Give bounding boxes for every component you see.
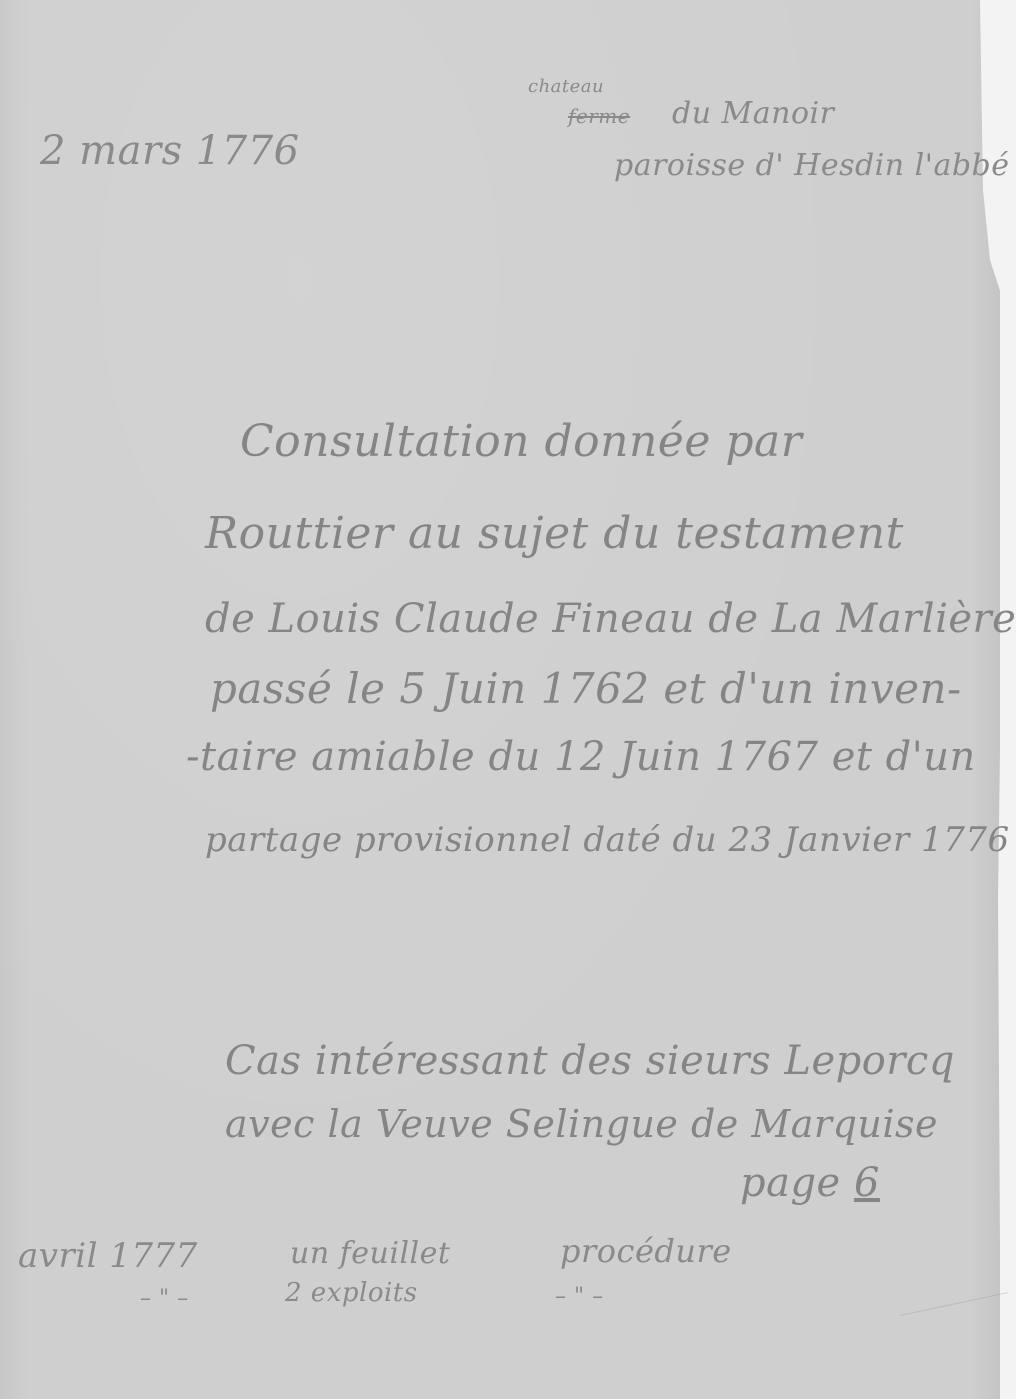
body-line-2: Routtier au sujet du testament: [205, 508, 904, 559]
header-correction: chateau: [528, 76, 604, 97]
body-line-4: passé le 5 Juin 1762 et d'un inven-: [210, 664, 962, 713]
header-location-line-1: du Manoir: [672, 96, 834, 131]
footer-item-1: un feuillet: [290, 1236, 450, 1271]
body-line-1: Consultation donnée par: [240, 416, 802, 467]
footer-item-3: procédure: [560, 1232, 732, 1270]
footer-item-3-ditto: – " –: [555, 1284, 604, 1309]
case-line-1: Cas intéressant des sieurs Leporcq: [225, 1038, 955, 1084]
case-page-reference: page 6: [740, 1160, 880, 1206]
case-line-2: avec la Veuve Selingue de Marquise: [225, 1102, 938, 1146]
body-line-5: -taire amiable du 12 Juin 1767 et d'un: [186, 734, 976, 780]
header-date: 2 mars 1776: [40, 128, 300, 174]
body-line-3: de Louis Claude Fineau de La Marlière: [205, 596, 1016, 642]
footer-date: avril 1777: [18, 1236, 198, 1276]
body-line-6: partage provisionnel daté du 23 Janvier …: [205, 820, 1010, 860]
header-struck-word: ferme: [568, 104, 630, 128]
footer-date-ditto: – " –: [140, 1286, 189, 1311]
footer-item-2: 2 exploits: [285, 1278, 418, 1308]
header-location-line-2: paroisse d' Hesdin l'abbé: [614, 148, 1010, 183]
scanned-page: 2 mars 1776 chateau ferme du Manoir paro…: [0, 0, 1016, 1399]
